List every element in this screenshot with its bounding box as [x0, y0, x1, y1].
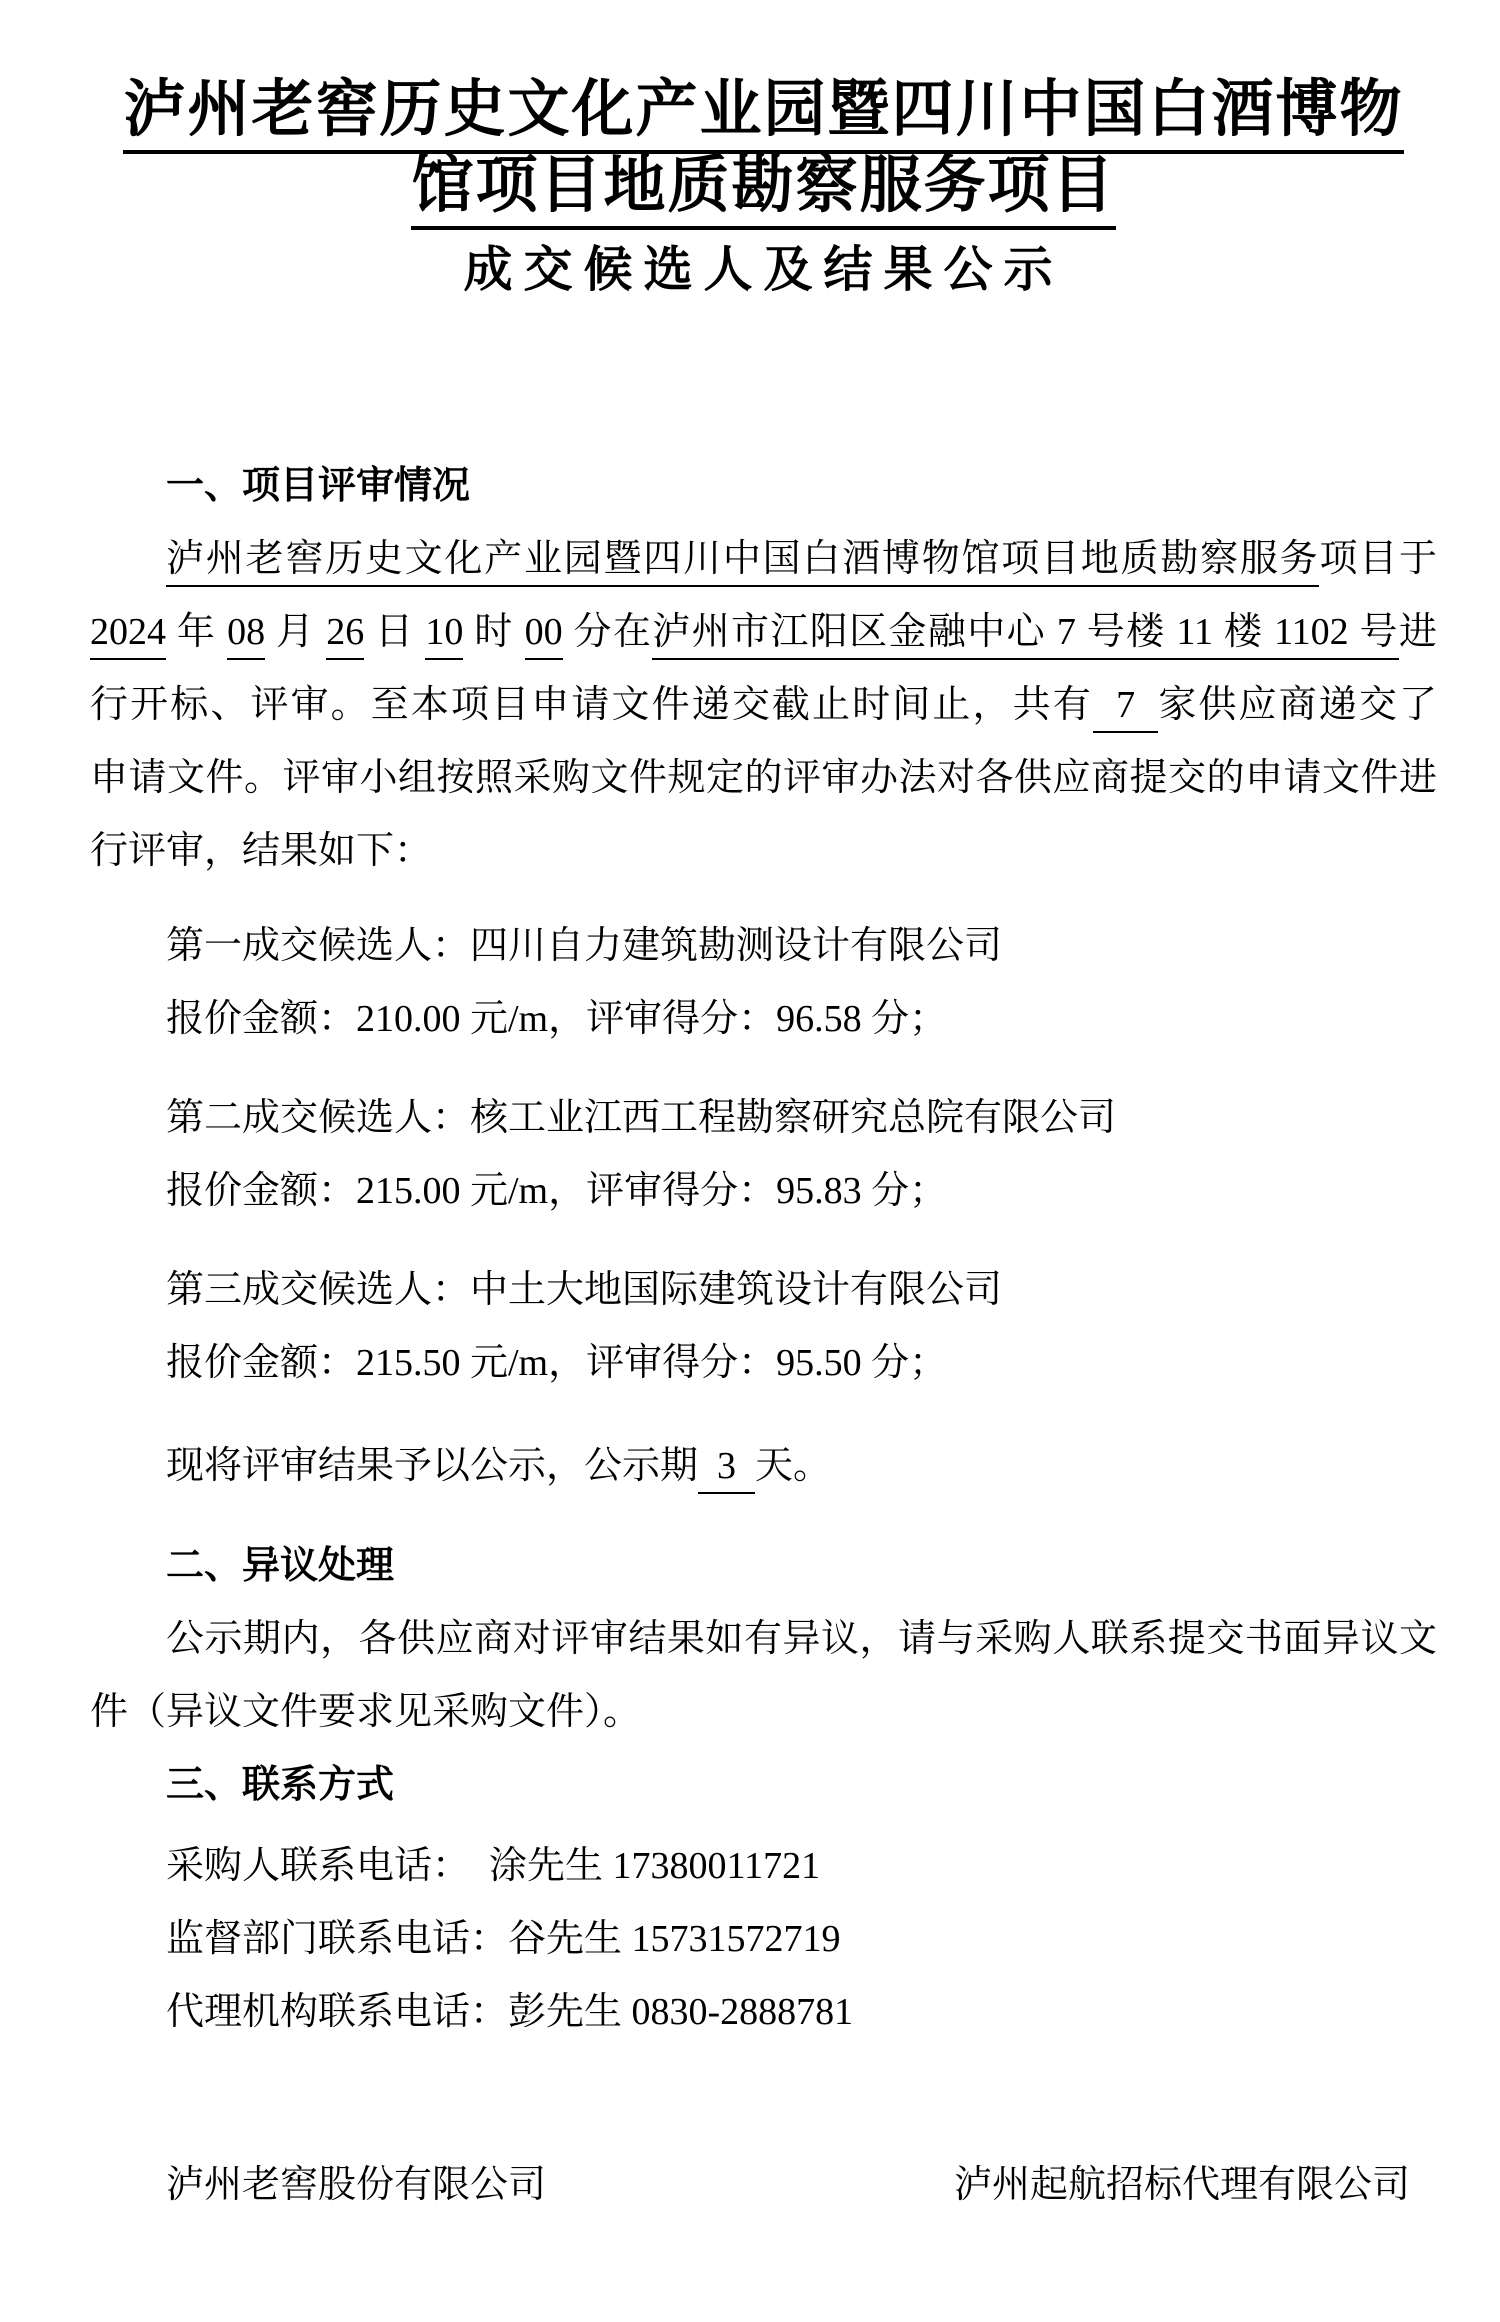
para1-line1-tail: 项目于 — [1319, 538, 1437, 580]
title-line-1: 泸州老窖历史文化产业园暨四川中国白酒博物 — [123, 76, 1403, 154]
opening-year-value: 2024 — [90, 611, 166, 660]
para1-line1: 泸州老窖历史文化产业园暨四川中国白酒博物馆项目地质勘察服务项目于 — [90, 523, 1437, 596]
para1-line3-suffix: 家供应商递交了 — [1158, 684, 1437, 726]
hour-label: 时 — [463, 611, 524, 653]
minute-label: 分在 — [563, 611, 653, 653]
para1-line4: 申请文件。评审小组按照采购文件规定的评审办法对各供应商提交的申请文件进 — [90, 742, 1437, 815]
candidate-2-name-line: 第二成交候选人：核工业江西工程勘察研究总院有限公司 — [90, 1082, 1437, 1155]
document-page: 泸州老窖历史文化产业园暨四川中国白酒博物 馆项目地质勘察服务项目 成交候选人及结… — [0, 0, 1500, 2322]
candidate-block-3: 第三成交候选人：中土大地国际建筑设计有限公司 报价金额：215.50 元/m，评… — [90, 1254, 1437, 1400]
para1-line2: 2024 年 08 月 26 日 10 时 00 分在泸州市江阳区金融中心 7 … — [90, 596, 1437, 669]
candidate-block-1: 第一成交候选人：四川自力建筑勘测设计有限公司 报价金额：210.00 元/m，评… — [90, 910, 1437, 1056]
purchaser-phone-line: 采购人联系电话： 涂先生 17380011721 — [90, 1830, 1437, 1903]
candidate-1-name-line: 第一成交候选人：四川自力建筑勘测设计有限公司 — [90, 910, 1437, 983]
para2-line1: 公示期内，各供应商对评审结果如有异议，请与采购人联系提交书面异议文 — [90, 1603, 1437, 1676]
day-label: 日 — [364, 611, 425, 653]
para1-line5: 行评审，结果如下： — [90, 815, 1437, 888]
opening-day-value: 26 — [326, 611, 364, 660]
year-label: 年 — [166, 611, 227, 653]
section1-heading: 一、项目评审情况 — [90, 450, 1437, 523]
supplier-count-blank: 7 — [1093, 684, 1158, 733]
month-label: 月 — [265, 611, 326, 653]
opening-venue-underlined: 泸州市江阳区金融中心 7 号楼 11 楼 1102 号 — [652, 611, 1399, 660]
supervision-phone-line: 监督部门联系电话：谷先生 15731572719 — [90, 1903, 1437, 1976]
document-subtitle: 成交候选人及结果公示 — [90, 240, 1437, 300]
candidate-1-bid-line: 报价金额：210.00 元/m，评审得分：96.58 分； — [90, 983, 1437, 1056]
para1-line3: 行开标、评审。至本项目申请文件递交截止时间止，共有 7 家供应商递交了 — [90, 669, 1437, 742]
purchaser-company-name: 泸州老窖股份有限公司 — [166, 2149, 546, 2222]
notice-suffix: 天。 — [755, 1445, 831, 1487]
document-title: 泸州老窖历史文化产业园暨四川中国白酒博物 馆项目地质勘察服务项目 — [90, 72, 1437, 224]
para1-line2-tail: 进 — [1399, 611, 1437, 653]
notice-prefix: 现将评审结果予以公示，公示期 — [166, 1445, 698, 1487]
para1-line3-prefix: 行开标、评审。至本项目申请文件递交截止时间止，共有 — [90, 684, 1093, 726]
section2-paragraph: 公示期内，各供应商对评审结果如有异议，请与采购人联系提交书面异议文 件（异议文件… — [90, 1603, 1437, 1749]
para2-line2: 件（异议文件要求见采购文件）。 — [90, 1676, 1437, 1749]
section3-heading: 三、联系方式 — [90, 1749, 1437, 1822]
contact-list: 采购人联系电话： 涂先生 17380011721 监督部门联系电话：谷先生 15… — [90, 1830, 1437, 2049]
publicity-notice-line: 现将评审结果予以公示，公示期 3 天。 — [90, 1430, 1437, 1503]
candidate-block-2: 第二成交候选人：核工业江西工程勘察研究总院有限公司 报价金额：215.00 元/… — [90, 1082, 1437, 1228]
title-line-2: 馆项目地质勘察服务项目 — [411, 152, 1115, 230]
agency-company-name: 泸州起航招标代理有限公司 — [954, 2149, 1410, 2222]
candidate-2-bid-line: 报价金额：215.00 元/m，评审得分：95.83 分； — [90, 1155, 1437, 1228]
signature-row: 泸州老窖股份有限公司 泸州起航招标代理有限公司 — [90, 2149, 1437, 2222]
candidate-3-bid-line: 报价金额：215.50 元/m，评审得分：95.50 分； — [90, 1327, 1437, 1400]
section1-paragraph: 泸州老窖历史文化产业园暨四川中国白酒博物馆项目地质勘察服务项目于 2024 年 … — [90, 523, 1437, 888]
opening-month-value: 08 — [227, 611, 265, 660]
candidate-3-name-line: 第三成交候选人：中土大地国际建筑设计有限公司 — [90, 1254, 1437, 1327]
opening-hour-value: 10 — [425, 611, 463, 660]
section2-heading: 二、异议处理 — [90, 1530, 1437, 1603]
opening-minute-value: 00 — [525, 611, 563, 660]
agency-phone-line: 代理机构联系电话：彭先生 0830-2888781 — [90, 1976, 1437, 2049]
publicity-days-blank: 3 — [698, 1445, 755, 1494]
project-name-underlined: 泸州老窖历史文化产业园暨四川中国白酒博物馆项目地质勘察服务 — [166, 538, 1319, 587]
